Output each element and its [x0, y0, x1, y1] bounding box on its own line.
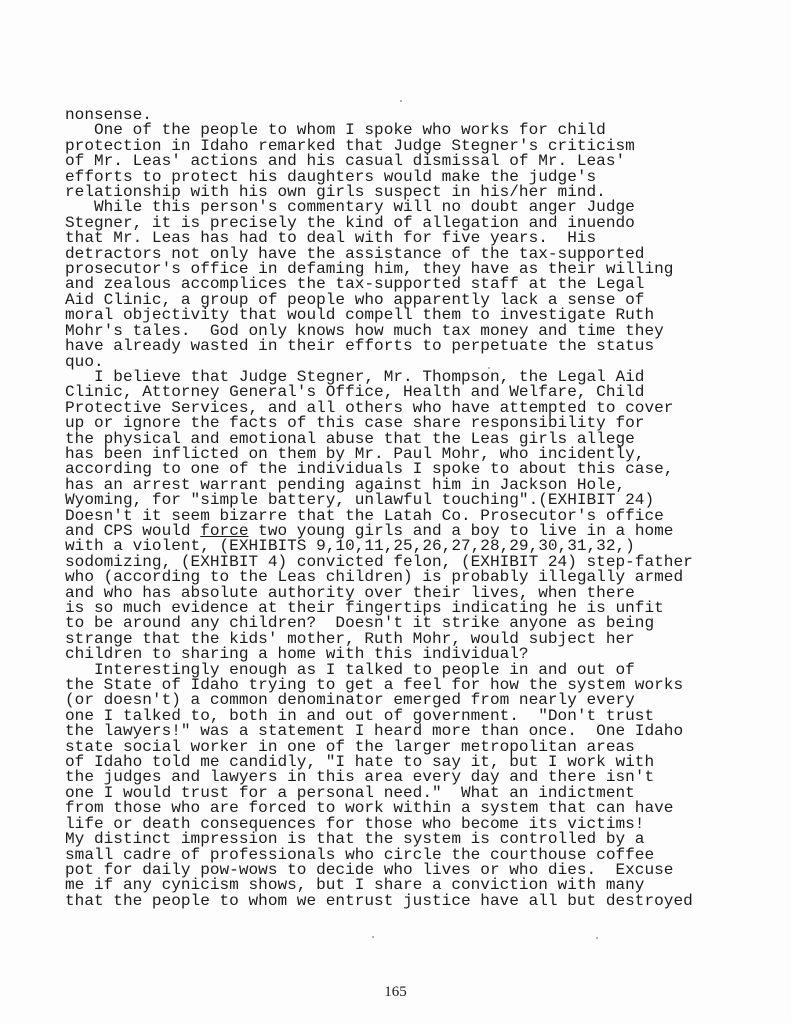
scan-speck	[596, 937, 598, 939]
scan-speck	[400, 100, 402, 102]
scan-speck	[488, 367, 490, 369]
text-line: that the people to whom we entrust justi…	[65, 894, 693, 909]
page-number: 165	[0, 984, 791, 1001]
body-text: nonsense. One of the people to whom I sp…	[65, 108, 693, 909]
scan-speck	[372, 936, 374, 938]
text-line: have already wasted in their efforts to …	[65, 339, 693, 354]
document-page: nonsense. One of the people to whom I sp…	[0, 0, 791, 1023]
